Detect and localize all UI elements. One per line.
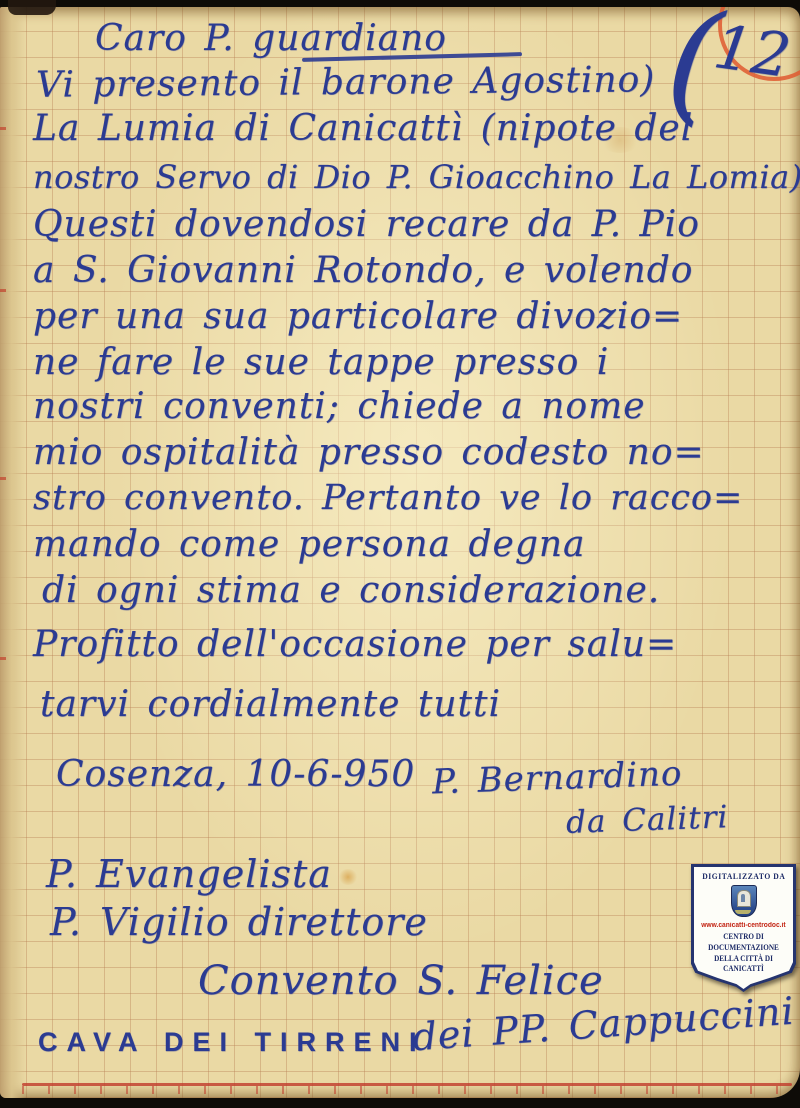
handwritten-line: La Lumia di Canicattì (nipote del [33,111,693,147]
date-place-line: Cosenza, 10-6-950 [56,757,415,793]
page-number: ( 12 [668,7,790,122]
stamp-org-line2: DELLA CITTÀ DI CANICATTÌ [701,954,787,976]
edge-mark [0,657,6,660]
digitization-stamp: DIGITALIZZATO DA www.canicatti-centrodoc… [691,864,796,992]
stamp-org: CENTRO DI DOCUMENTAZIONE DELLA CITTÀ DI … [701,932,787,975]
handwritten-line: stro convento. Pertanto ve lo racco= [33,481,743,516]
handwritten-line: mio ospitalità presso codesto no= [33,435,705,471]
handwritten-line: Profitto dell'occasione per salu= [33,627,677,663]
signature-bernardino: P. Bernardino [431,757,682,800]
binding-edge [0,7,26,1098]
edge-mark [0,477,6,480]
stamp-url: www.canicatti-centrodoc.it [701,922,785,929]
handwritten-line: di ogni stima e considerazione. [42,573,660,609]
signature-vigilio: P. Vigilio direttore [50,903,428,941]
scanned-manuscript-page: ( 12 Caro P. guardiano Vi presento il ba… [0,0,800,1108]
notebook-paper: ( 12 Caro P. guardiano Vi presento il ba… [0,7,800,1098]
handwritten-line: Vi presento il barone Agostino) [36,62,656,103]
handwritten-line: Questi dovendosi recare da P. Pio [33,207,700,243]
bottom-edge-ticks [22,1086,792,1094]
ink-stain [338,869,358,885]
handwritten-line: tarvi cordialmente tutti [40,687,501,723]
handwritten-line: a S. Giovanni Rotondo, e volendo [33,253,693,289]
convent-city-line: CAVA DEI TIRRENI [38,1029,426,1056]
stamp-header: DIGITALIZZATO DA [702,872,785,881]
convent-name-line: Convento S. Felice [198,961,604,1001]
stamp-org-line1: CENTRO DI DOCUMENTAZIONE [701,932,787,954]
canicatti-crest-icon [731,885,757,917]
handwritten-line: ne fare le sue tappe presso i [33,345,609,381]
signature-da-calitri: da Calitri [566,802,729,839]
handwritten-line: mando come persona degna [33,527,586,563]
bottom-edge-red-line [22,1083,792,1086]
salutation-line: Caro P. guardiano [95,21,447,57]
handwritten-line: nostro Servo di Dio P. Gioacchino La Lom… [33,161,800,193]
edge-mark [0,127,6,130]
edge-mark [0,289,6,292]
handwritten-line: nostri conventi; chiede a nome [33,389,646,425]
top-edge-smudge [8,0,56,15]
handwritten-line: per una sua particolare divozio= [33,299,683,335]
signature-evangelista: P. Evangelista [46,855,332,893]
